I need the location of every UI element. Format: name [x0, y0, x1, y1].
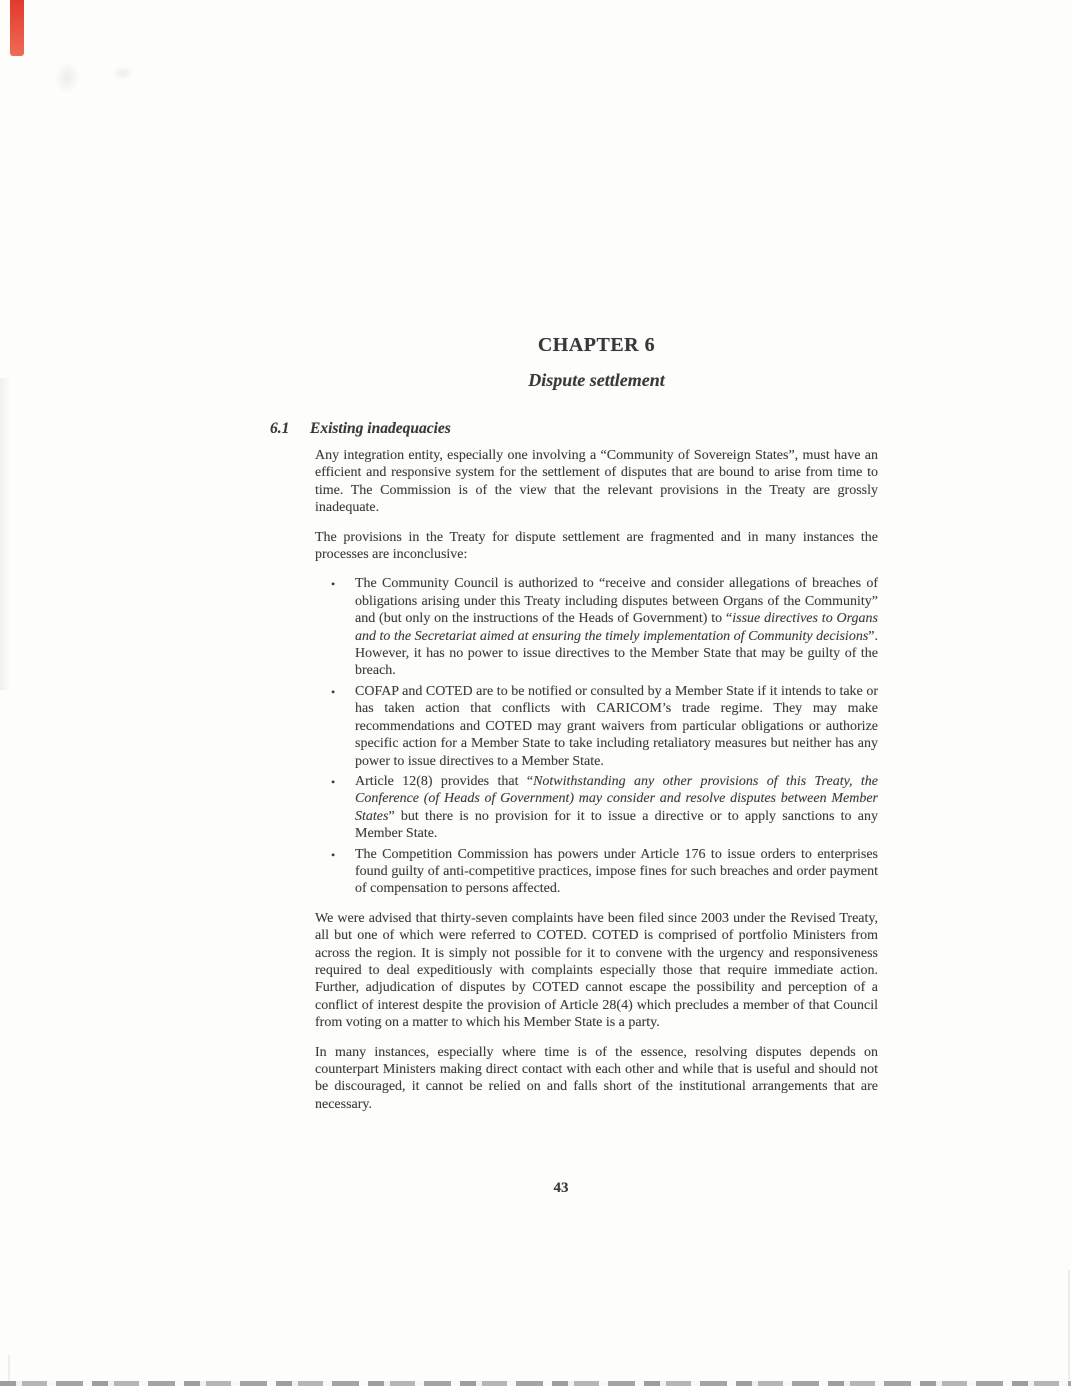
chapter-heading: CHAPTER 6	[315, 334, 878, 357]
body-content: Any integration entity, especially one i…	[315, 447, 878, 1125]
bullet-item: Article 12(8) provides that “Notwithstan…	[355, 773, 878, 843]
bullet-item: The Community Council is authorized to “…	[355, 575, 878, 679]
paragraph: In many instances, especially where time…	[315, 1044, 878, 1114]
paragraph: Any integration entity, especially one i…	[315, 447, 878, 517]
text-run: ” but there is no provision for it to is…	[355, 809, 878, 841]
pencil-smudge	[54, 62, 80, 94]
page-number: 43	[0, 1180, 1071, 1197]
section-number: 6.1	[270, 420, 310, 438]
scan-edge-right	[1068, 1270, 1070, 1380]
bullet-item: The Competition Commission has powers un…	[355, 846, 878, 898]
scan-edge-bottom	[0, 1381, 1071, 1386]
scanned-document-page: CHAPTER 6 Dispute settlement 6.1Existing…	[0, 0, 1071, 1386]
paragraph: The provisions in the Treaty for dispute…	[315, 529, 878, 564]
text-run: The Competition Commission has powers un…	[355, 847, 878, 897]
bullet-list: The Community Council is authorized to “…	[315, 575, 878, 897]
pencil-smudge	[112, 66, 134, 80]
text-run: Article 12(8) provides that “	[355, 774, 533, 789]
red-corner-mark	[10, 0, 24, 56]
chapter-subtitle: Dispute settlement	[315, 370, 878, 391]
text-run: COFAP and COTED are to be notified or co…	[355, 684, 878, 769]
bullet-item: COFAP and COTED are to be notified or co…	[355, 683, 878, 770]
section-title: Existing inadequacies	[310, 420, 451, 437]
scan-edge-tick	[8, 1355, 10, 1381]
intro-paragraphs: Any integration entity, especially one i…	[315, 447, 878, 563]
paragraph: We were advised that thirty-seven compla…	[315, 910, 878, 1032]
closing-paragraphs: We were advised that thirty-seven compla…	[315, 910, 878, 1113]
scan-edge-left	[0, 378, 11, 690]
chapter-header: CHAPTER 6 Dispute settlement	[315, 334, 878, 391]
section-heading: 6.1Existing inadequacies	[270, 420, 890, 438]
